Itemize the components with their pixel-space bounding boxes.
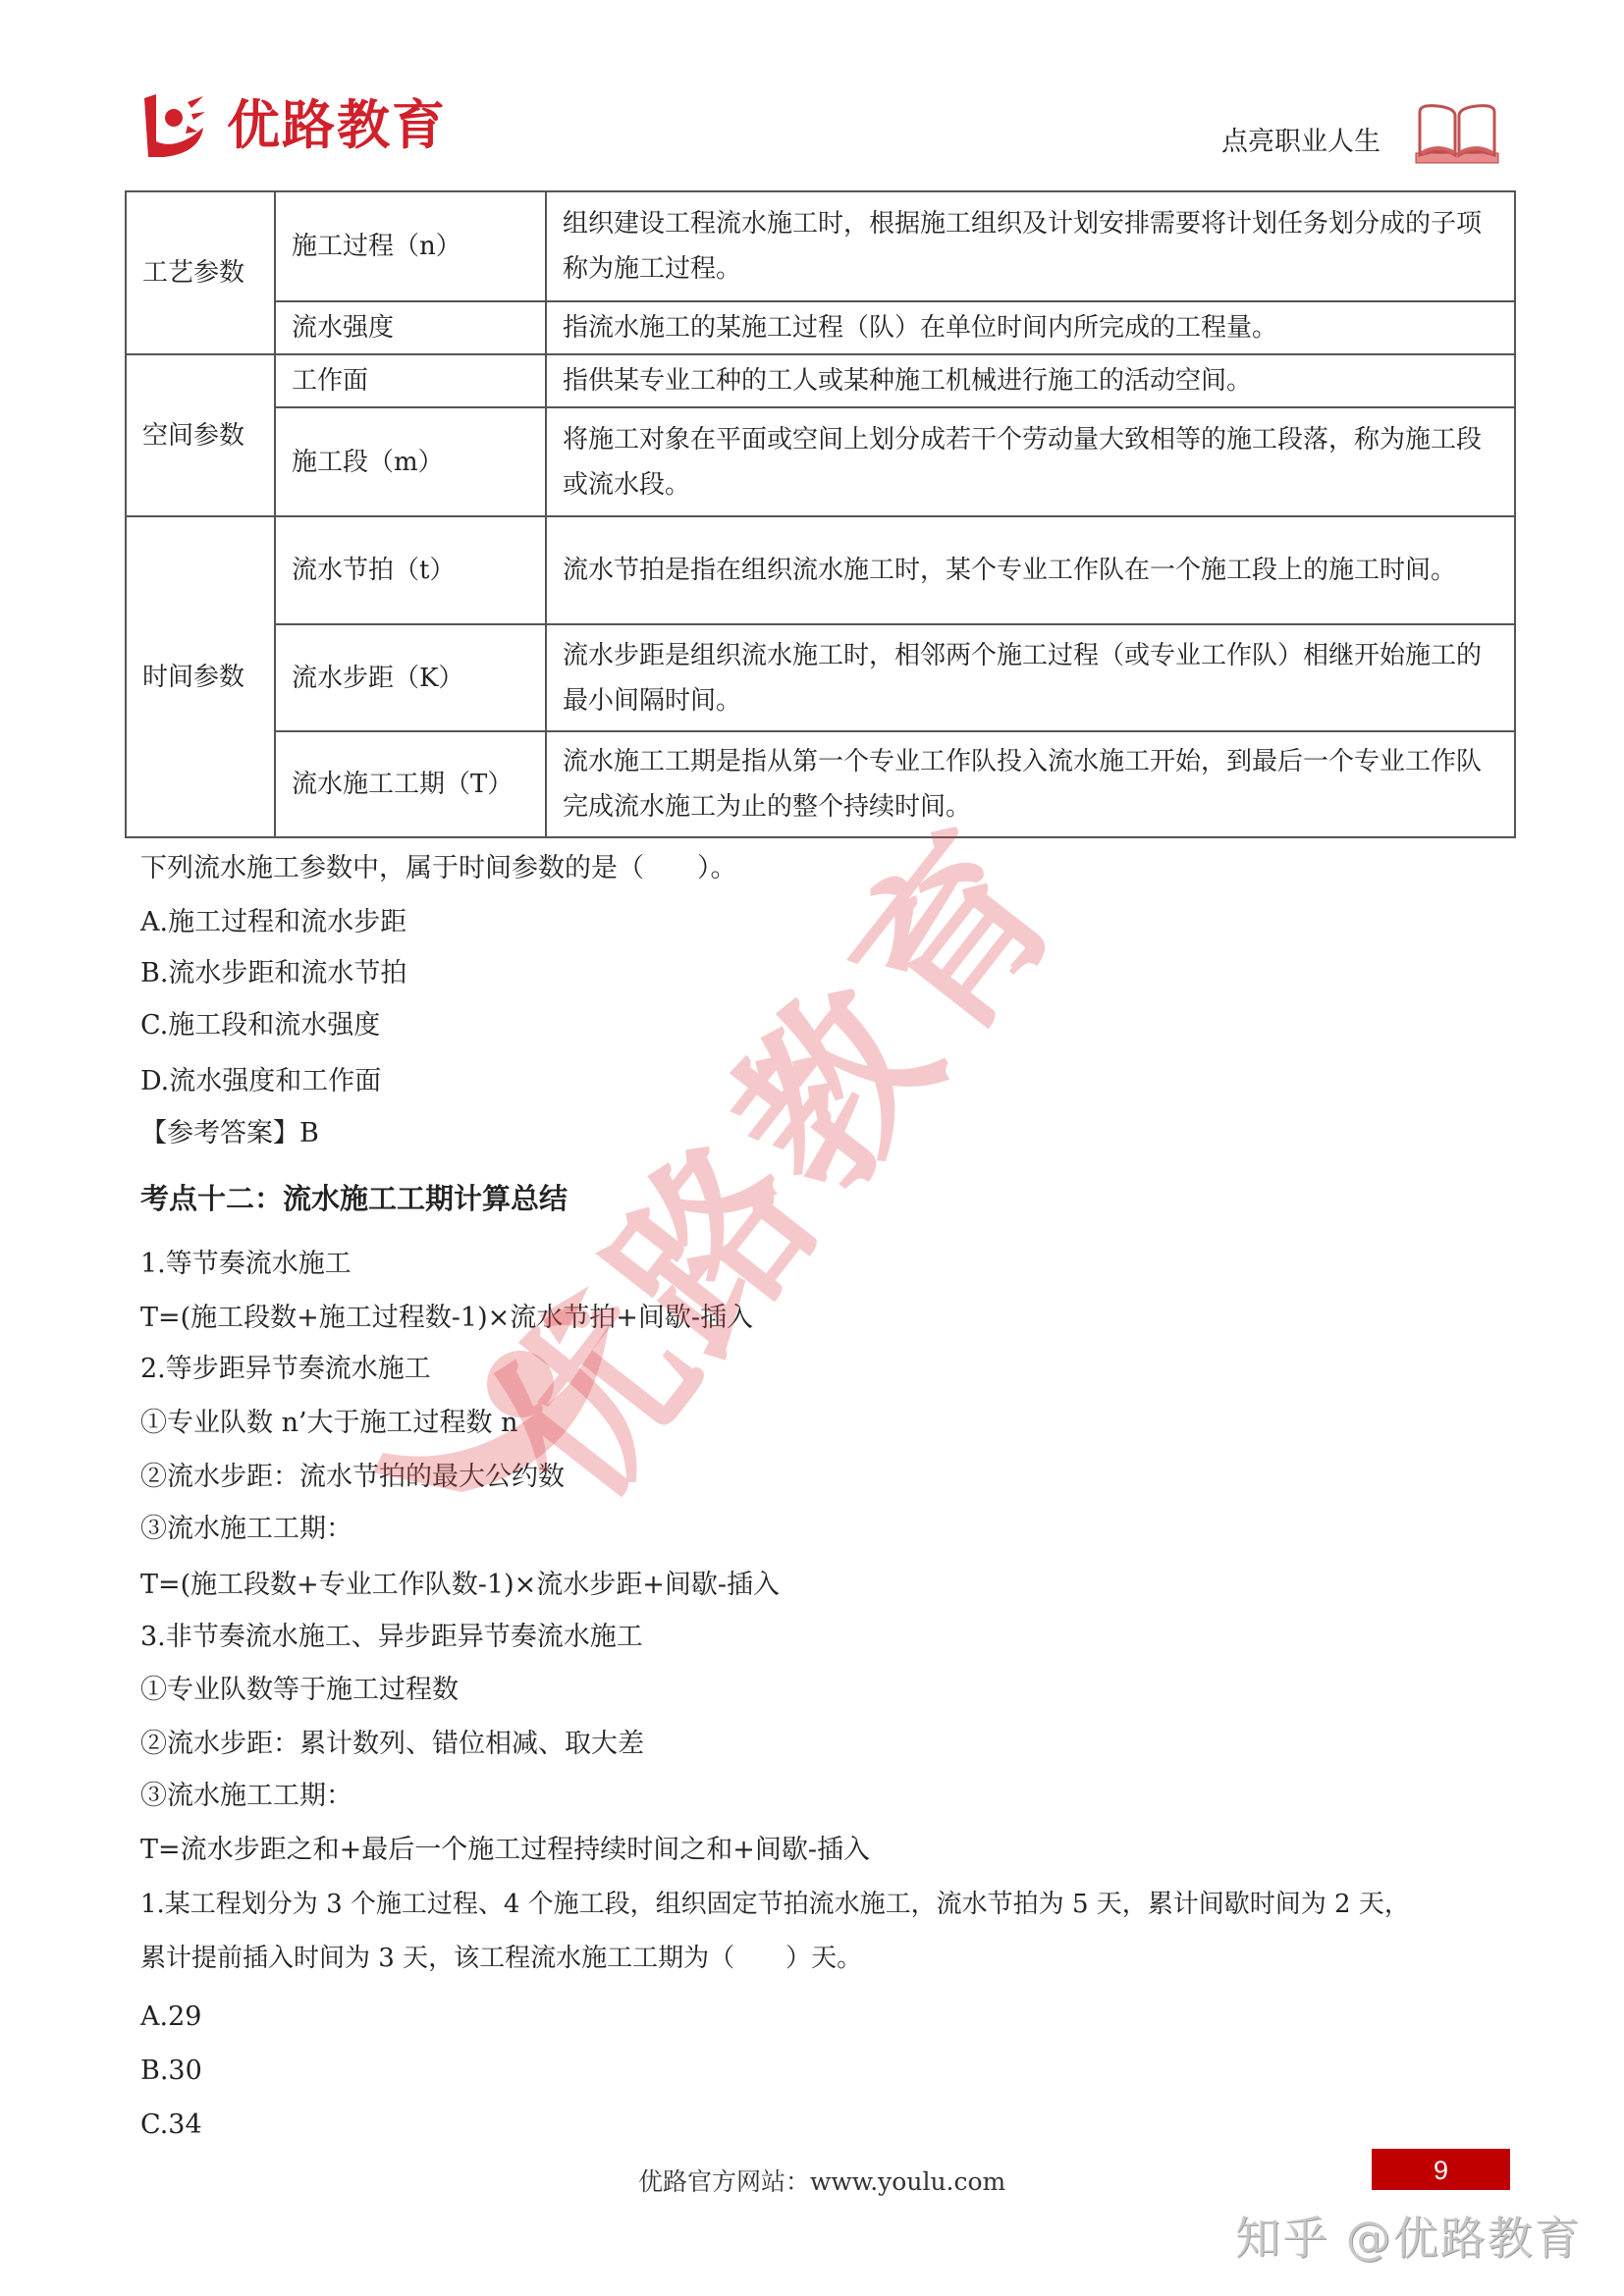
table-row: 施工段（m） 将施工对象在平面或空间上划分成若干个劳动量大致相等的施工段落，称为… xyxy=(126,407,1515,516)
summary-line: ①专业队数 n’大于施工过程数 n xyxy=(140,1406,518,1441)
param-desc: 指供某专业工种的工人或某种施工机械进行施工的活动空间。 xyxy=(546,354,1515,407)
brand-logo: 优路教育 xyxy=(142,90,466,161)
summary-line: ②流水步距：流水节拍的最大公约数 xyxy=(140,1460,565,1495)
category-cell: 空间参数 xyxy=(126,354,275,516)
summary-line: ①专业队数等于施工过程数 xyxy=(140,1673,459,1708)
option-d: D.流水强度和工作面 xyxy=(140,1064,381,1099)
table-row: 空间参数 工作面 指供某专业工种的工人或某种施工机械进行施工的活动空间。 xyxy=(126,354,1515,407)
summary-line: ③流水施工工期： xyxy=(140,1779,352,1814)
param-name: 工作面 xyxy=(275,354,546,407)
footer-website: 优路官方网站：www.youlu.com xyxy=(638,2163,1005,2198)
zhihu-watermark: 知乎 @优路教育 xyxy=(1235,2203,1582,2268)
summary-line: ③流水施工工期： xyxy=(140,1512,352,1547)
category-cell: 工艺参数 xyxy=(126,191,275,354)
option-b: B.流水步距和流水节拍 xyxy=(140,956,406,991)
table-row: 流水强度 指流水施工的某施工过程（队）在单位时间内所完成的工程量。 xyxy=(126,301,1515,354)
param-name: 流水强度 xyxy=(275,301,546,354)
summary-line: T=流水步距之和+最后一个施工过程持续时间之和+间歇-插入 xyxy=(140,1833,870,1868)
question2-stem-line1: 1.某工程划分为 3 个施工过程、4 个施工段，组织固定节拍流水施工，流水节拍为… xyxy=(140,1887,1410,1922)
param-desc: 流水节拍是指在组织流水施工时，某个专业工作队在一个施工段上的施工时间。 xyxy=(546,516,1515,624)
param-name: 流水节拍（t） xyxy=(275,516,546,624)
open-book-icon xyxy=(1414,102,1500,165)
summary-line: 3.非节奏流水施工、异步距异节奏流水施工 xyxy=(140,1620,643,1655)
slogan: 点亮职业人生 xyxy=(1221,120,1380,158)
question2-stem-line2: 累计提前插入时间为 3 天，该工程流水施工工期为（ ）天。 xyxy=(140,1941,862,1976)
reference-answer: 【参考答案】B xyxy=(140,1116,319,1151)
section-heading: 考点十二：流水施工工期计算总结 xyxy=(140,1181,568,1216)
param-desc: 组织建设工程流水施工时，根据施工组织及计划安排需要将计划任务划分成的子项称为施工… xyxy=(546,191,1515,301)
page-number: 9 xyxy=(1372,2149,1510,2190)
param-desc: 流水步距是组织流水施工时，相邻两个施工过程（或专业工作队）相继开始施工的最小间隔… xyxy=(546,624,1515,731)
option-c: C.施工段和流水强度 xyxy=(140,1008,380,1043)
brand-name: 优路教育 xyxy=(227,99,447,152)
option-a: A.29 xyxy=(140,2000,201,2035)
table-row: 流水施工工期（T） 流水施工工期是指从第一个专业工作队投入流水施工开始，到最后一… xyxy=(126,731,1515,837)
summary-line: 1.等节奏流水施工 xyxy=(140,1247,352,1282)
flow-parameters-table: 工艺参数 施工过程（n） 组织建设工程流水施工时，根据施工组织及计划安排需要将计… xyxy=(125,190,1516,838)
param-desc: 流水施工工期是指从第一个专业工作队投入流水施工开始，到最后一个专业工作队完成流水… xyxy=(546,731,1515,837)
table-row: 工艺参数 施工过程（n） 组织建设工程流水施工时，根据施工组织及计划安排需要将计… xyxy=(126,191,1515,301)
table-row: 时间参数 流水节拍（t） 流水节拍是指在组织流水施工时，某个专业工作队在一个施工… xyxy=(126,516,1515,624)
param-name: 施工过程（n） xyxy=(275,191,546,301)
category-cell: 时间参数 xyxy=(126,516,275,837)
option-a: A.施工过程和流水步距 xyxy=(140,905,406,940)
param-desc: 将施工对象在平面或空间上划分成若干个劳动量大致相等的施工段落，称为施工段或流水段… xyxy=(546,407,1515,516)
summary-line: T=(施工段数+施工过程数-1)×流水节拍+间歇-插入 xyxy=(140,1301,753,1336)
summary-line: ②流水步距：累计数列、错位相减、取大差 xyxy=(140,1727,644,1762)
table-row: 流水步距（K） 流水步距是组织流水施工时，相邻两个施工过程（或专业工作队）相继开… xyxy=(126,624,1515,731)
summary-line: T=(施工段数+专业工作队数-1)×流水步距+间歇-插入 xyxy=(140,1568,780,1603)
param-name: 流水施工工期（T） xyxy=(275,731,546,837)
option-c: C.34 xyxy=(140,2108,202,2143)
param-desc: 指流水施工的某施工过程（队）在单位时间内所完成的工程量。 xyxy=(546,301,1515,354)
param-name: 流水步距（K） xyxy=(275,624,546,731)
summary-line: 2.等步距异节奏流水施工 xyxy=(140,1352,431,1387)
youlu-logo-icon xyxy=(142,92,221,159)
option-b: B.30 xyxy=(140,2054,202,2089)
param-name: 施工段（m） xyxy=(275,407,546,516)
question-stem: 下列流水施工参数中，属于时间参数的是（ ）。 xyxy=(140,851,737,886)
